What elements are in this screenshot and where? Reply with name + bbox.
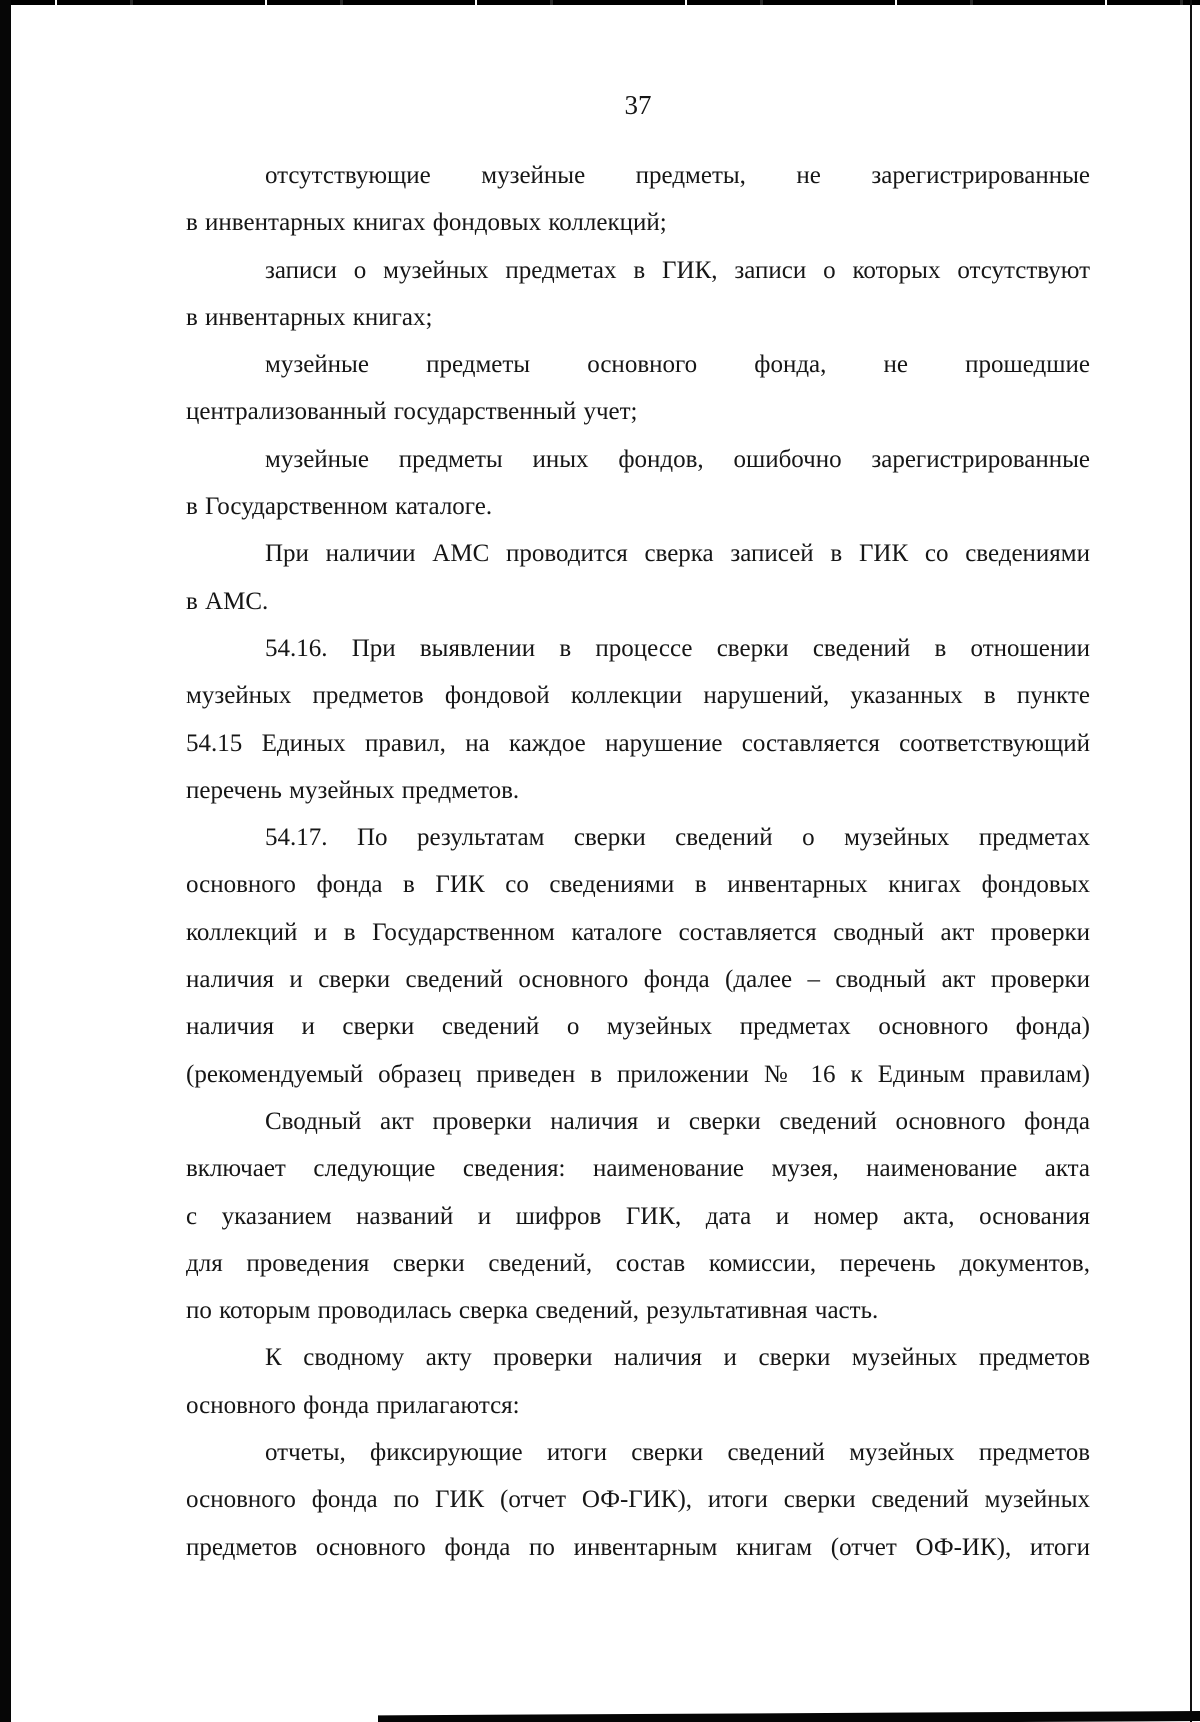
text-line: Сводный акт проверки наличия и сверки св… xyxy=(186,1098,1090,1145)
text-line: наличия и сверки сведений основного фонд… xyxy=(186,956,1090,1003)
text-line: (рекомендуемый образец приведен в прилож… xyxy=(186,1051,1090,1098)
text-line: музейные предметы иных фондов, ошибочно … xyxy=(186,436,1090,483)
text-line: с указанием названий и шифров ГИК, дата … xyxy=(186,1193,1090,1240)
text-line: в Государственном каталоге. xyxy=(186,483,1090,530)
scan-edge-bottom xyxy=(378,1711,1200,1722)
text-line: включает следующие сведения: наименовани… xyxy=(186,1145,1090,1192)
text-line: отсутствующие музейные предметы, не заре… xyxy=(186,152,1090,199)
text-line: коллекций и в Государственном каталоге с… xyxy=(186,909,1090,956)
text-line: в инвентарных книгах фондовых коллекций; xyxy=(186,199,1090,246)
text-line: в инвентарных книгах; xyxy=(186,294,1090,341)
document-page: 37 отсутствующие музейные предметы, не з… xyxy=(0,0,1200,1722)
text-line: 54.17. По результатам сверки сведений о … xyxy=(186,814,1090,861)
text-line: основного фонда по ГИК (отчет ОФ-ГИК), и… xyxy=(186,1476,1090,1523)
text-line: в АМС. xyxy=(186,578,1090,625)
page-number: 37 xyxy=(186,90,1090,121)
text-line: основного фонда в ГИК со сведениями в ин… xyxy=(186,861,1090,908)
text-line: К сводному акту проверки наличия и сверк… xyxy=(186,1334,1090,1381)
text-line: 54.15 Единых правил, на каждое нарушение… xyxy=(186,720,1090,767)
text-line: отчеты, фиксирующие итоги сверки сведени… xyxy=(186,1429,1090,1476)
text-line: по которым проводилась сверка сведений, … xyxy=(186,1287,1090,1334)
text-line: для проведения сверки сведений, состав к… xyxy=(186,1240,1090,1287)
text-line: При наличии АМС проводится сверка записе… xyxy=(186,530,1090,577)
text-line: основного фонда прилагаются: xyxy=(186,1382,1090,1429)
scan-edge-right xyxy=(1190,0,1192,1722)
text-line: предметов основного фонда по инвентарным… xyxy=(186,1524,1090,1571)
text-line: музейных предметов фондовой коллекции на… xyxy=(186,672,1090,719)
text-block: отсутствующие музейные предметы, не заре… xyxy=(186,152,1090,1571)
scan-edge-left xyxy=(0,0,11,1722)
text-line: централизованный государственный учет; xyxy=(186,388,1090,435)
scan-edge-top xyxy=(0,0,1200,5)
text-line: 54.16. При выявлении в процессе сверки с… xyxy=(186,625,1090,672)
text-line: записи о музейных предметах в ГИК, запис… xyxy=(186,247,1090,294)
text-line: наличия и сверки сведений о музейных пре… xyxy=(186,1003,1090,1050)
text-line: перечень музейных предметов. xyxy=(186,767,1090,814)
text-line: музейные предметы основного фонда, не пр… xyxy=(186,341,1090,388)
